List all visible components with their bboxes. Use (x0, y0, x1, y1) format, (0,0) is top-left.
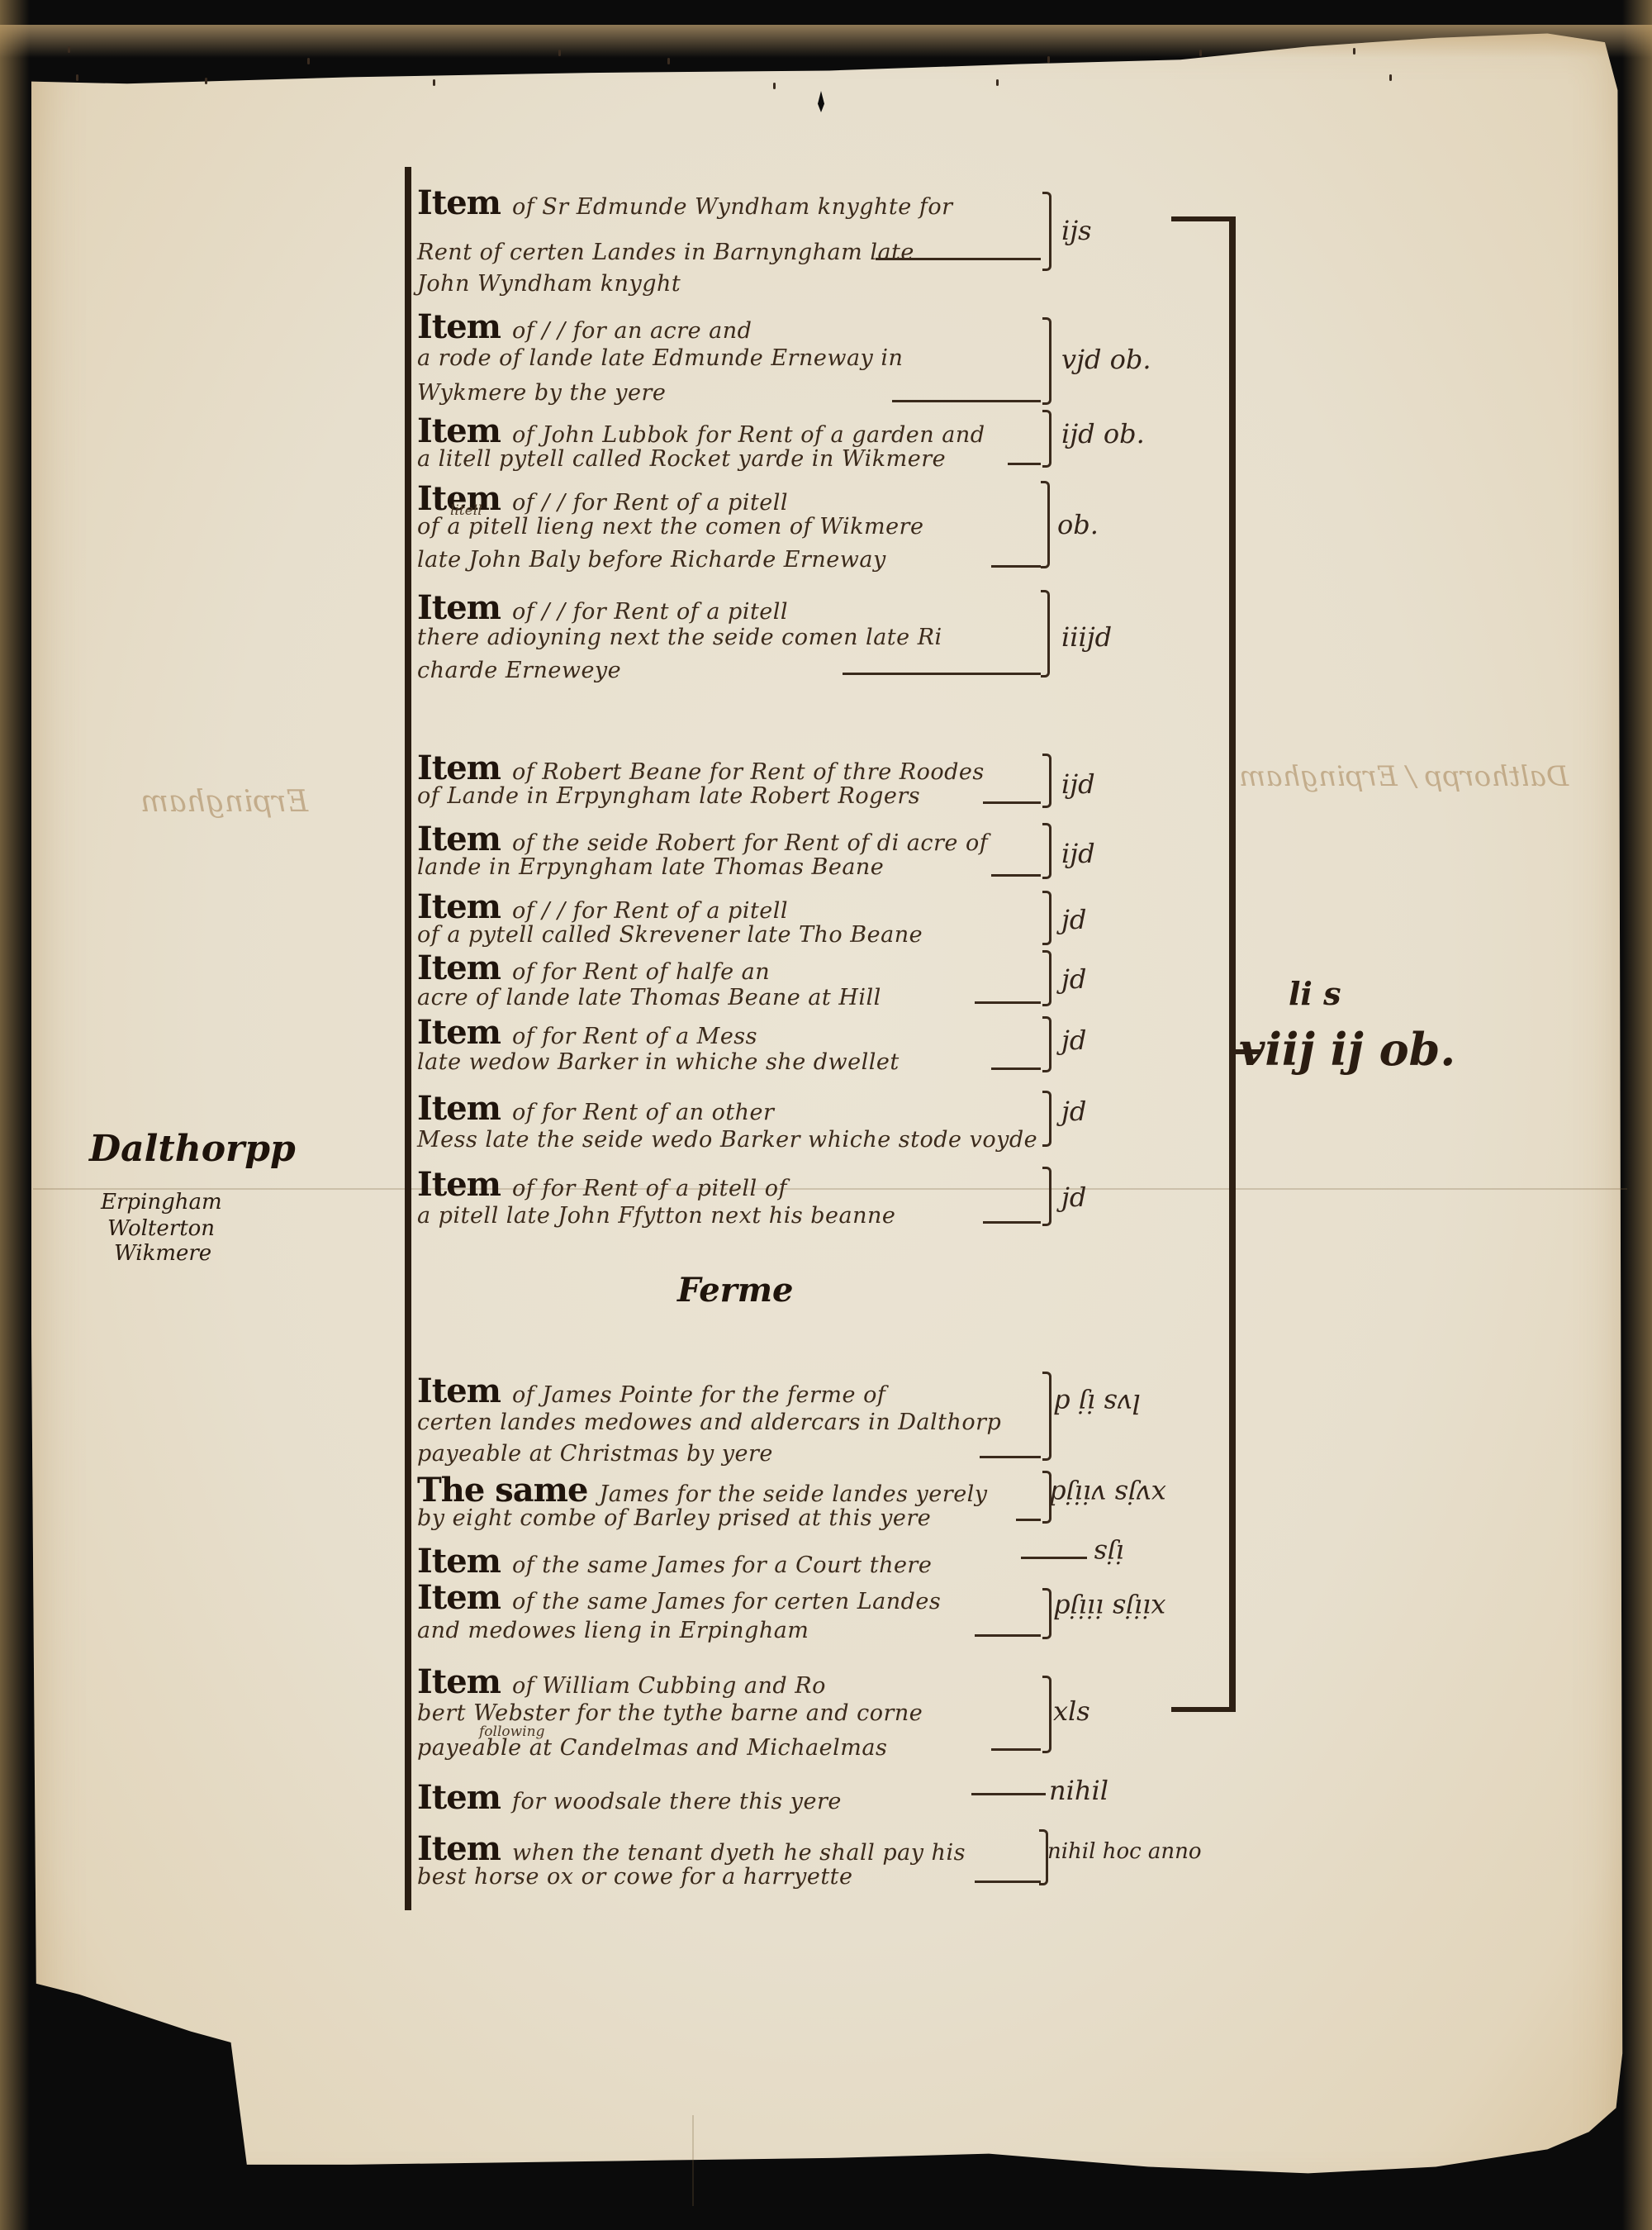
entry-underline (983, 1221, 1041, 1224)
pinhole (667, 58, 670, 64)
farm-entry-amount: nihil (1049, 1775, 1108, 1806)
item-word: Item (417, 588, 501, 627)
entry-line: Itemof Robert Beane for Rent of thre Roo… (417, 749, 985, 787)
farm-entry-underline (980, 1456, 1041, 1458)
entry-line: a litell pytell called Rocket yarde in W… (417, 446, 946, 472)
item-word: Item (417, 820, 501, 858)
entry-line: Itemof / / for Rent of a pitell (417, 887, 788, 926)
farm-entry-line: Itemof James Pointe for the ferme of (417, 1372, 885, 1410)
entry-brace (1042, 1167, 1051, 1226)
left-bracket-rule (405, 167, 411, 1910)
pinhole (558, 50, 561, 56)
entry-line: of a pitell lieng next the comen of Wikm… (417, 514, 923, 540)
entry-line: charde Erneweye (417, 658, 621, 683)
entry-underline (892, 400, 1041, 402)
farm-entry-line: Itemof the same James for certen Landes (417, 1578, 941, 1617)
bleed-through-left: Erpingham (140, 785, 308, 819)
farm-entry-brace (1042, 1676, 1051, 1753)
entry-line: Itemof / / for an acre and (417, 307, 752, 346)
item-word: Item (417, 183, 501, 222)
entry-line: of a pytell called Skrevener late Tho Be… (417, 922, 923, 948)
pinhole (433, 79, 435, 86)
pinhole (307, 58, 310, 64)
entry-line: Wykmere by the yere (417, 380, 666, 406)
total-line-1: li s (1289, 975, 1341, 1012)
entry-line: late wedow Barker in whiche she dwellet (417, 1049, 900, 1075)
right-edge-stain (1622, 0, 1652, 2230)
item-word: Item (417, 1778, 501, 1817)
entry-brace (1041, 481, 1050, 568)
farm-entry-line: The sameJames for the seide landes yerel… (417, 1471, 988, 1510)
farm-entry-line: certen landes medowes and aldercars in D… (417, 1410, 1001, 1435)
entry-brace (1042, 1091, 1051, 1147)
farm-entry-line: and medowes lieng in Erpingham (417, 1618, 809, 1643)
entry-line: a pitell late John Ffytton next his bean… (417, 1203, 895, 1229)
farm-entry-line: payeable at Candelmas and Michaelmas (417, 1735, 887, 1761)
margin-heading-dalthorpp: Dalthorpp (89, 1128, 296, 1170)
entry-line: Itemof for Rent of halfe an (417, 949, 770, 987)
entry-line: Itemof for Rent of an other (417, 1089, 774, 1128)
entry-underline (975, 1001, 1041, 1004)
entry-brace (1042, 891, 1051, 945)
entry-amount: vjd ob. (1061, 344, 1151, 375)
item-word: Item (417, 949, 501, 987)
farm-entry-underline (975, 1634, 1041, 1637)
entry-line: John Wyndham knyght (417, 271, 681, 297)
farm-entry-amount: nihil hoc anno (1047, 1839, 1202, 1864)
entry-brace (1041, 590, 1050, 678)
entry-line: Itemof the seide Robert for Rent of di a… (417, 820, 988, 858)
margin-place-erpingham: Erpingham (101, 1190, 222, 1215)
entry-underline (843, 673, 1041, 675)
entry-line: Itemof for Rent of a pitell of (417, 1165, 787, 1204)
entry-brace (1042, 754, 1051, 808)
entry-line: there adioyning next the seide comen lat… (417, 625, 942, 650)
entry-line: Itemof John Lubbok for Rent of a garden … (417, 411, 985, 450)
item-word: Item (417, 1089, 501, 1128)
right-bracket-rule (1229, 216, 1236, 1712)
entry-amount: ijd (1061, 768, 1095, 800)
farm-entry-line: payeable at Christmas by yere (417, 1441, 773, 1467)
farm-entry-line: Itemof William Cubbing and Ro (417, 1662, 826, 1701)
farm-entry-brace (1042, 1372, 1051, 1461)
entry-amount: jd (1061, 904, 1086, 935)
total-line-2: viij ij ob. (1239, 1023, 1455, 1076)
section-heading-ferme: Ferme (677, 1271, 794, 1310)
entry-underline (876, 258, 1041, 260)
item-word: Item (417, 1578, 501, 1617)
item-word: The same (417, 1471, 587, 1510)
entry-amount: iiijd (1061, 621, 1112, 653)
farm-entry-amount: xls (1053, 1695, 1090, 1727)
entry-amount: jd (1061, 1096, 1086, 1127)
item-word: Item (417, 1013, 501, 1052)
farm-entry-underline (1016, 1519, 1041, 1521)
top-edge-stain (0, 25, 1652, 58)
entry-amount: jd (1061, 1182, 1086, 1213)
entry-brace (1042, 950, 1051, 1006)
entry-line: Rent of certen Landes in Barnyngham late (417, 240, 914, 265)
left-edge-stain (0, 0, 30, 2230)
entry-amount: ijs (1061, 215, 1092, 246)
farm-entry-line: bert Webster for the tythe barne and cor… (417, 1700, 923, 1726)
item-word: Item (417, 307, 501, 346)
entry-line: a rode of lande late Edmunde Erneway in (417, 345, 903, 371)
farm-entry-amount: lvs ij d (1053, 1388, 1141, 1419)
entry-line: Itemof / / for Rent of a pitell (417, 588, 788, 627)
pinhole (1353, 48, 1355, 55)
item-word: Item (417, 887, 501, 926)
bleed-through-right: Dalthorpp / Erpingham (1239, 760, 1569, 793)
right-bracket-bottom-tick (1171, 1707, 1234, 1712)
entry-underline (991, 1067, 1041, 1070)
item-word: Item (417, 1829, 501, 1868)
farm-entry-underline (975, 1881, 1041, 1883)
farm-entry-line: best horse ox or cowe for a harryette (417, 1864, 853, 1890)
farm-entry-amount: ijs (1094, 1538, 1124, 1570)
farm-entry-line: by eight combe of Barley prised at this … (417, 1505, 931, 1531)
entry-underline (991, 565, 1041, 568)
pinhole (1047, 56, 1050, 63)
pinhole (76, 74, 78, 81)
margin-place-wikmere: Wikmere (114, 1241, 211, 1266)
entry-line: lande in Erpyngham late Thomas Beane (417, 854, 884, 880)
item-word: Item (417, 1165, 501, 1204)
entry-brace (1042, 1016, 1051, 1072)
entry-brace (1042, 317, 1051, 405)
pinhole (773, 83, 776, 89)
entry-amount: ijd ob. (1061, 418, 1145, 449)
farm-entry-line: Itemof the same James for a Court there (417, 1542, 932, 1581)
entry-brace (1042, 192, 1051, 271)
entry-amount: ob. (1057, 509, 1099, 540)
bottom-crack (692, 2115, 694, 2206)
entry-underline (1008, 463, 1041, 465)
right-bracket-top-tick (1171, 216, 1234, 221)
farm-entry-dash (1021, 1557, 1087, 1559)
pinhole (1389, 74, 1392, 81)
pinhole (996, 79, 999, 86)
margin-place-wolterton: Wolterton (107, 1216, 215, 1241)
farm-entry-dash (971, 1793, 1046, 1795)
entry-line: acre of lande late Thomas Beane at Hill (417, 985, 881, 1010)
entry-line: of Lande in Erpyngham late Robert Rogers (417, 783, 920, 809)
farm-entry-brace (1042, 1588, 1051, 1639)
entry-amount: jd (1061, 1025, 1086, 1056)
entry-underline (983, 801, 1041, 804)
farm-entry-amount: xvjs viijd (1049, 1479, 1166, 1510)
entry-amount: ijd (1061, 838, 1095, 869)
entry-brace (1042, 823, 1051, 879)
farm-entry-line: Itemwhen the tenant dyeth he shall pay h… (417, 1829, 966, 1868)
farm-entry-underline (991, 1748, 1041, 1751)
horizontal-fold (33, 1188, 1627, 1190)
item-word: Item (417, 1372, 501, 1410)
entry-line: Itemof Sr Edmunde Wyndham knyghte for (417, 183, 953, 222)
pinhole (205, 78, 207, 84)
item-word: Item (417, 749, 501, 787)
item-word: Item (417, 1662, 501, 1701)
entry-line: Mess late the seide wedo Barker whiche s… (417, 1127, 1037, 1153)
entry-line: Itemof for Rent of a Mess (417, 1013, 757, 1052)
entry-line: late John Baly before Richarde Erneway (417, 547, 886, 573)
farm-entry-line: Itemfor woodsale there this yere (417, 1778, 842, 1817)
entry-amount: jd (1061, 963, 1086, 995)
farm-entry-amount: xiijs iiijd (1053, 1593, 1165, 1624)
pinhole (68, 46, 70, 53)
item-word: Item (417, 1542, 501, 1581)
entry-brace (1042, 410, 1051, 468)
pinhole (1199, 50, 1202, 56)
item-word: Item (417, 411, 501, 450)
entry-underline (991, 874, 1041, 877)
